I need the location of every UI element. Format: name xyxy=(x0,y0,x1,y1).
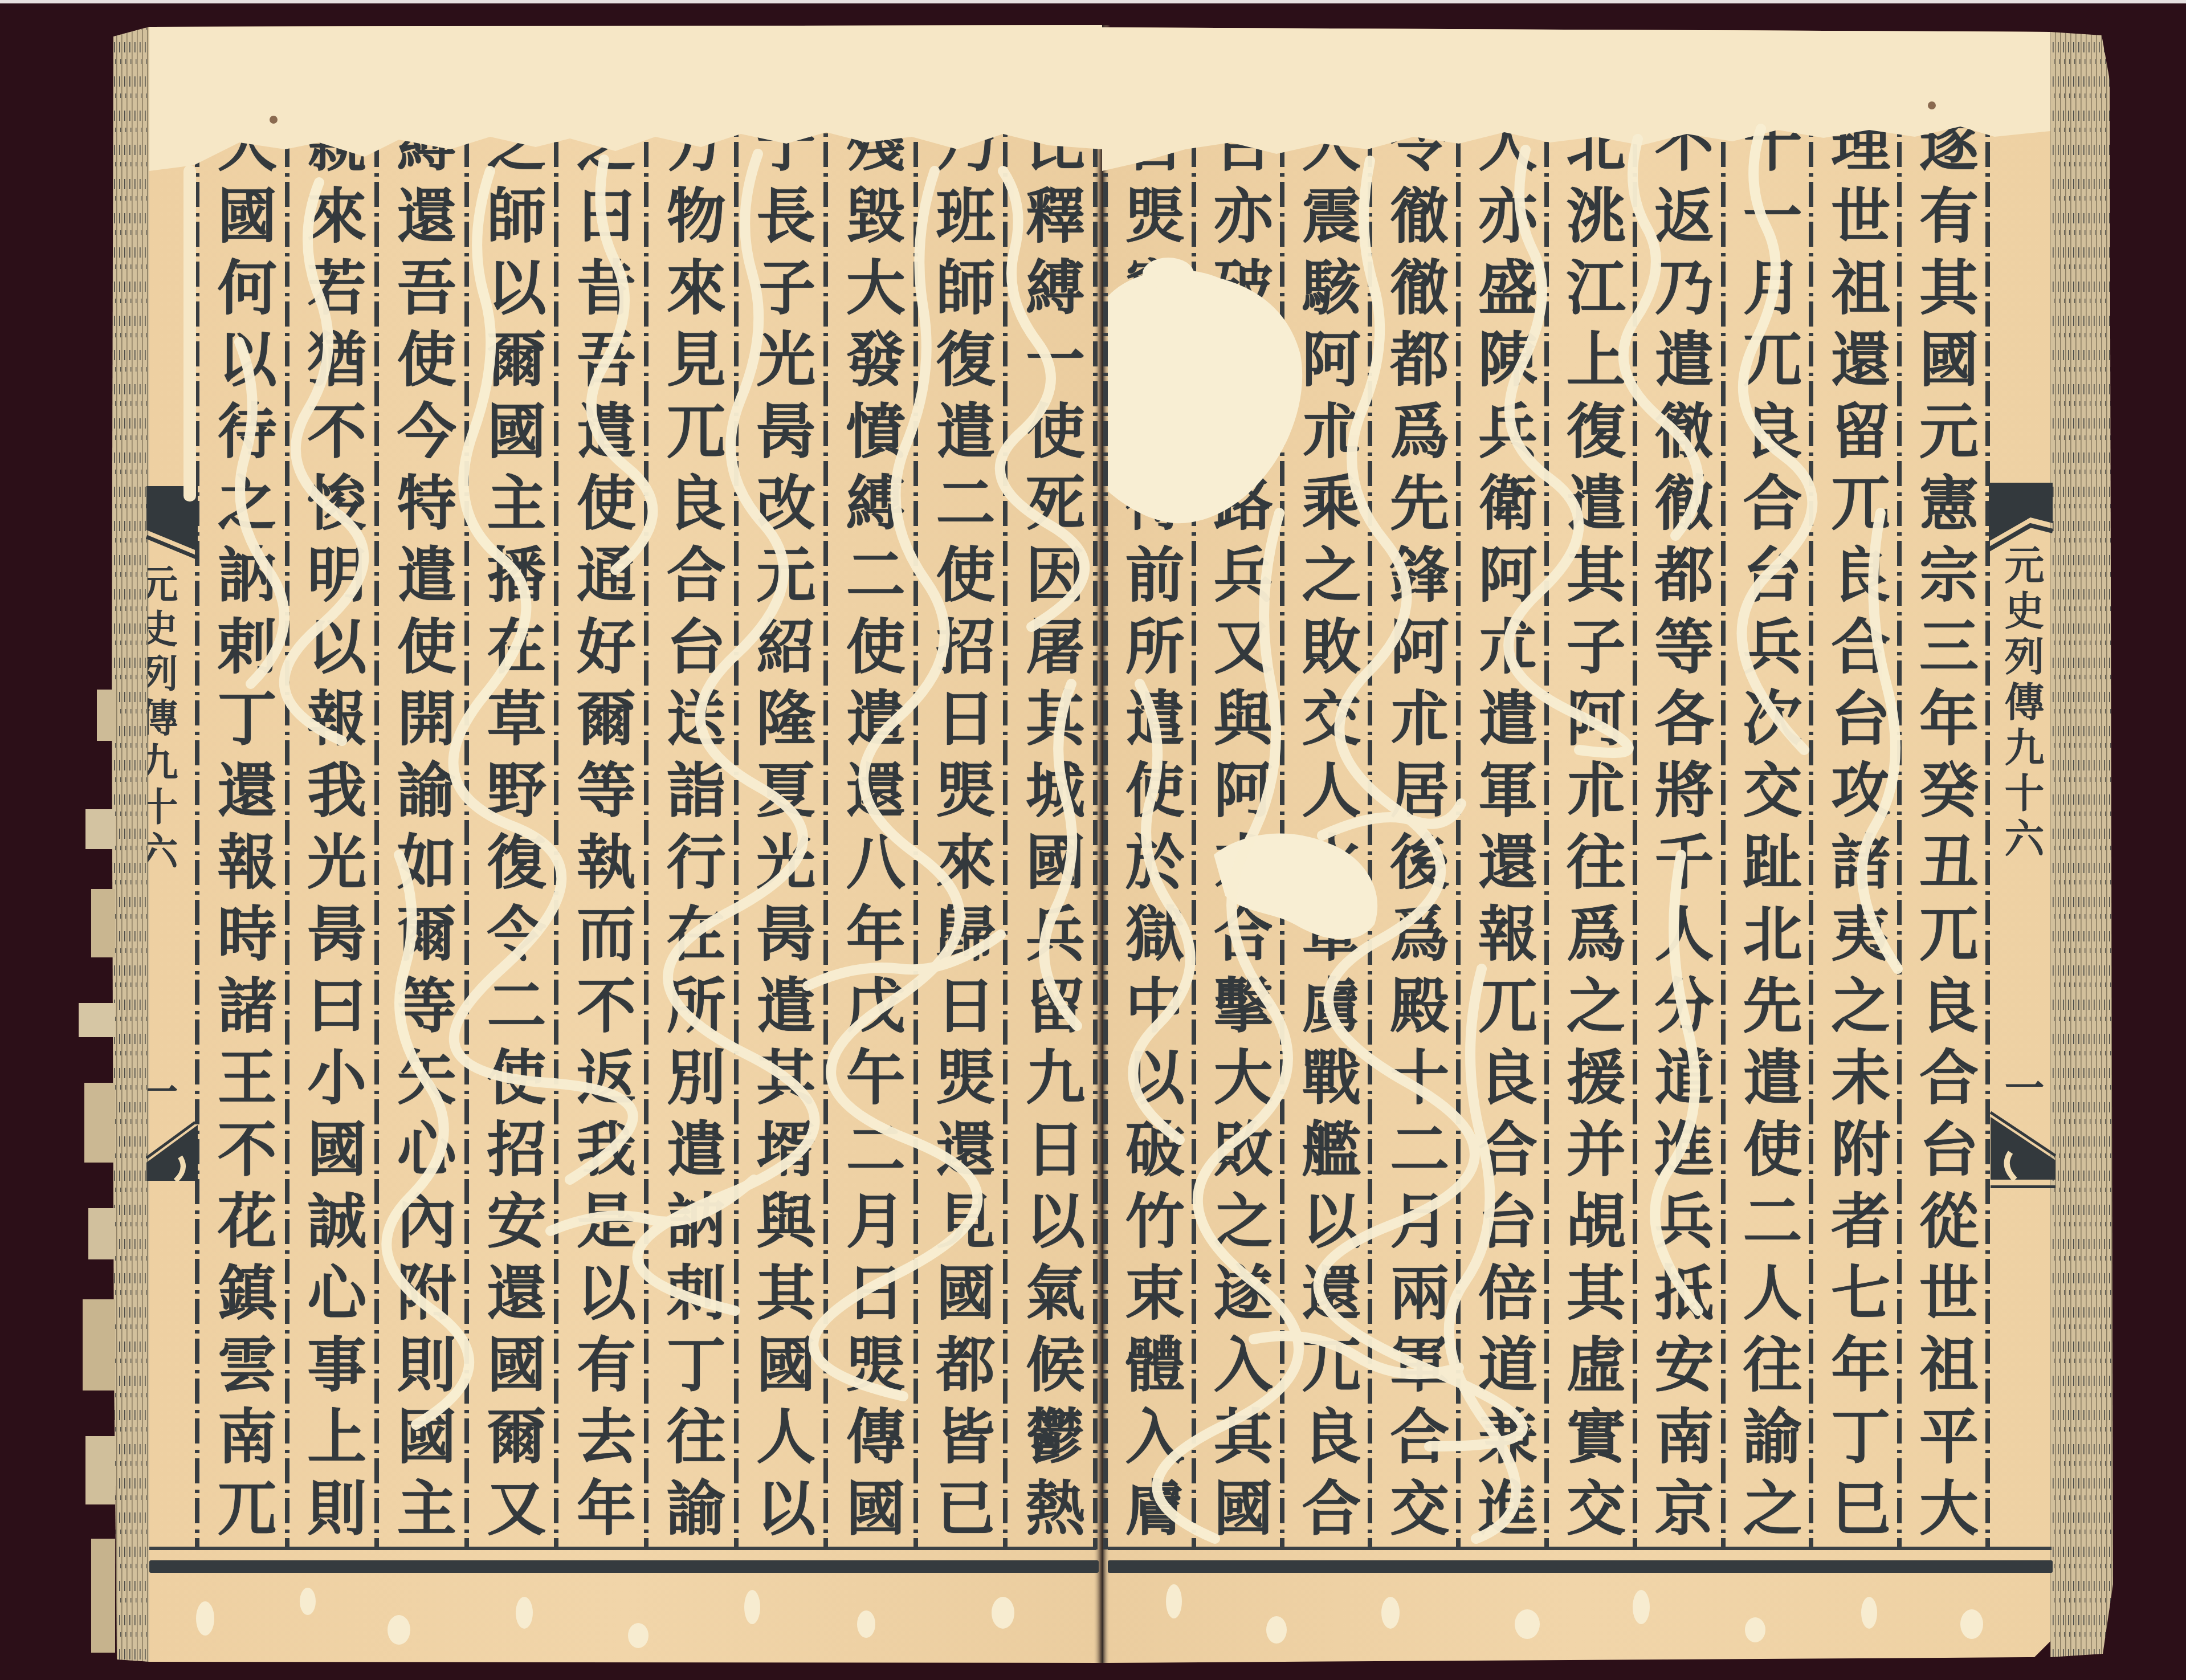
worm-track xyxy=(1157,513,1299,1539)
worm-track xyxy=(284,182,364,741)
worm-track xyxy=(1044,684,1077,1026)
spot xyxy=(1745,1617,1765,1642)
spot xyxy=(1960,1609,1983,1639)
right-top-band xyxy=(1102,27,2050,171)
worm-track xyxy=(1624,139,1699,536)
torn-top-band xyxy=(149,25,2050,501)
paper-damage-overlay xyxy=(0,0,2186,1680)
worm-track xyxy=(1655,855,1698,1311)
large-blot xyxy=(1108,270,1302,524)
bottom-margin-spots xyxy=(196,101,1983,1648)
spot xyxy=(1515,1609,1540,1639)
blot-spot xyxy=(1143,258,1194,289)
worm-track xyxy=(453,171,633,1180)
spot xyxy=(1633,1590,1650,1624)
spot xyxy=(1266,1616,1287,1644)
margin-light-strip xyxy=(183,165,196,501)
spot xyxy=(744,1590,760,1624)
worm-track xyxy=(1133,684,1190,1140)
spot xyxy=(857,1610,875,1638)
left-top-band xyxy=(149,25,1102,171)
spot xyxy=(1166,1584,1182,1618)
worm-track xyxy=(813,171,977,1396)
worm-track xyxy=(239,342,284,684)
worm-track xyxy=(807,935,1001,986)
worm-track xyxy=(386,855,469,1425)
small-blot xyxy=(1214,834,1377,940)
worm-track xyxy=(550,1180,754,1231)
worm-track xyxy=(1508,150,1629,753)
spot xyxy=(270,116,278,124)
worm-track xyxy=(1742,129,1813,750)
worm-track xyxy=(1000,171,1084,627)
worm-track xyxy=(1449,969,1516,1539)
worm-track xyxy=(638,154,815,1311)
spot xyxy=(196,1601,214,1636)
worm-track xyxy=(592,160,653,570)
spot xyxy=(628,1623,649,1648)
spot xyxy=(1861,1597,1877,1629)
spot xyxy=(1928,101,1936,109)
worm-track xyxy=(1319,161,1523,1446)
spot xyxy=(300,1588,316,1615)
spot xyxy=(388,1615,410,1645)
spot xyxy=(992,1597,1014,1629)
spot xyxy=(1381,1597,1400,1629)
spot xyxy=(516,1597,533,1629)
worm-track xyxy=(1862,513,1898,969)
worm-tracks xyxy=(239,129,1898,1539)
